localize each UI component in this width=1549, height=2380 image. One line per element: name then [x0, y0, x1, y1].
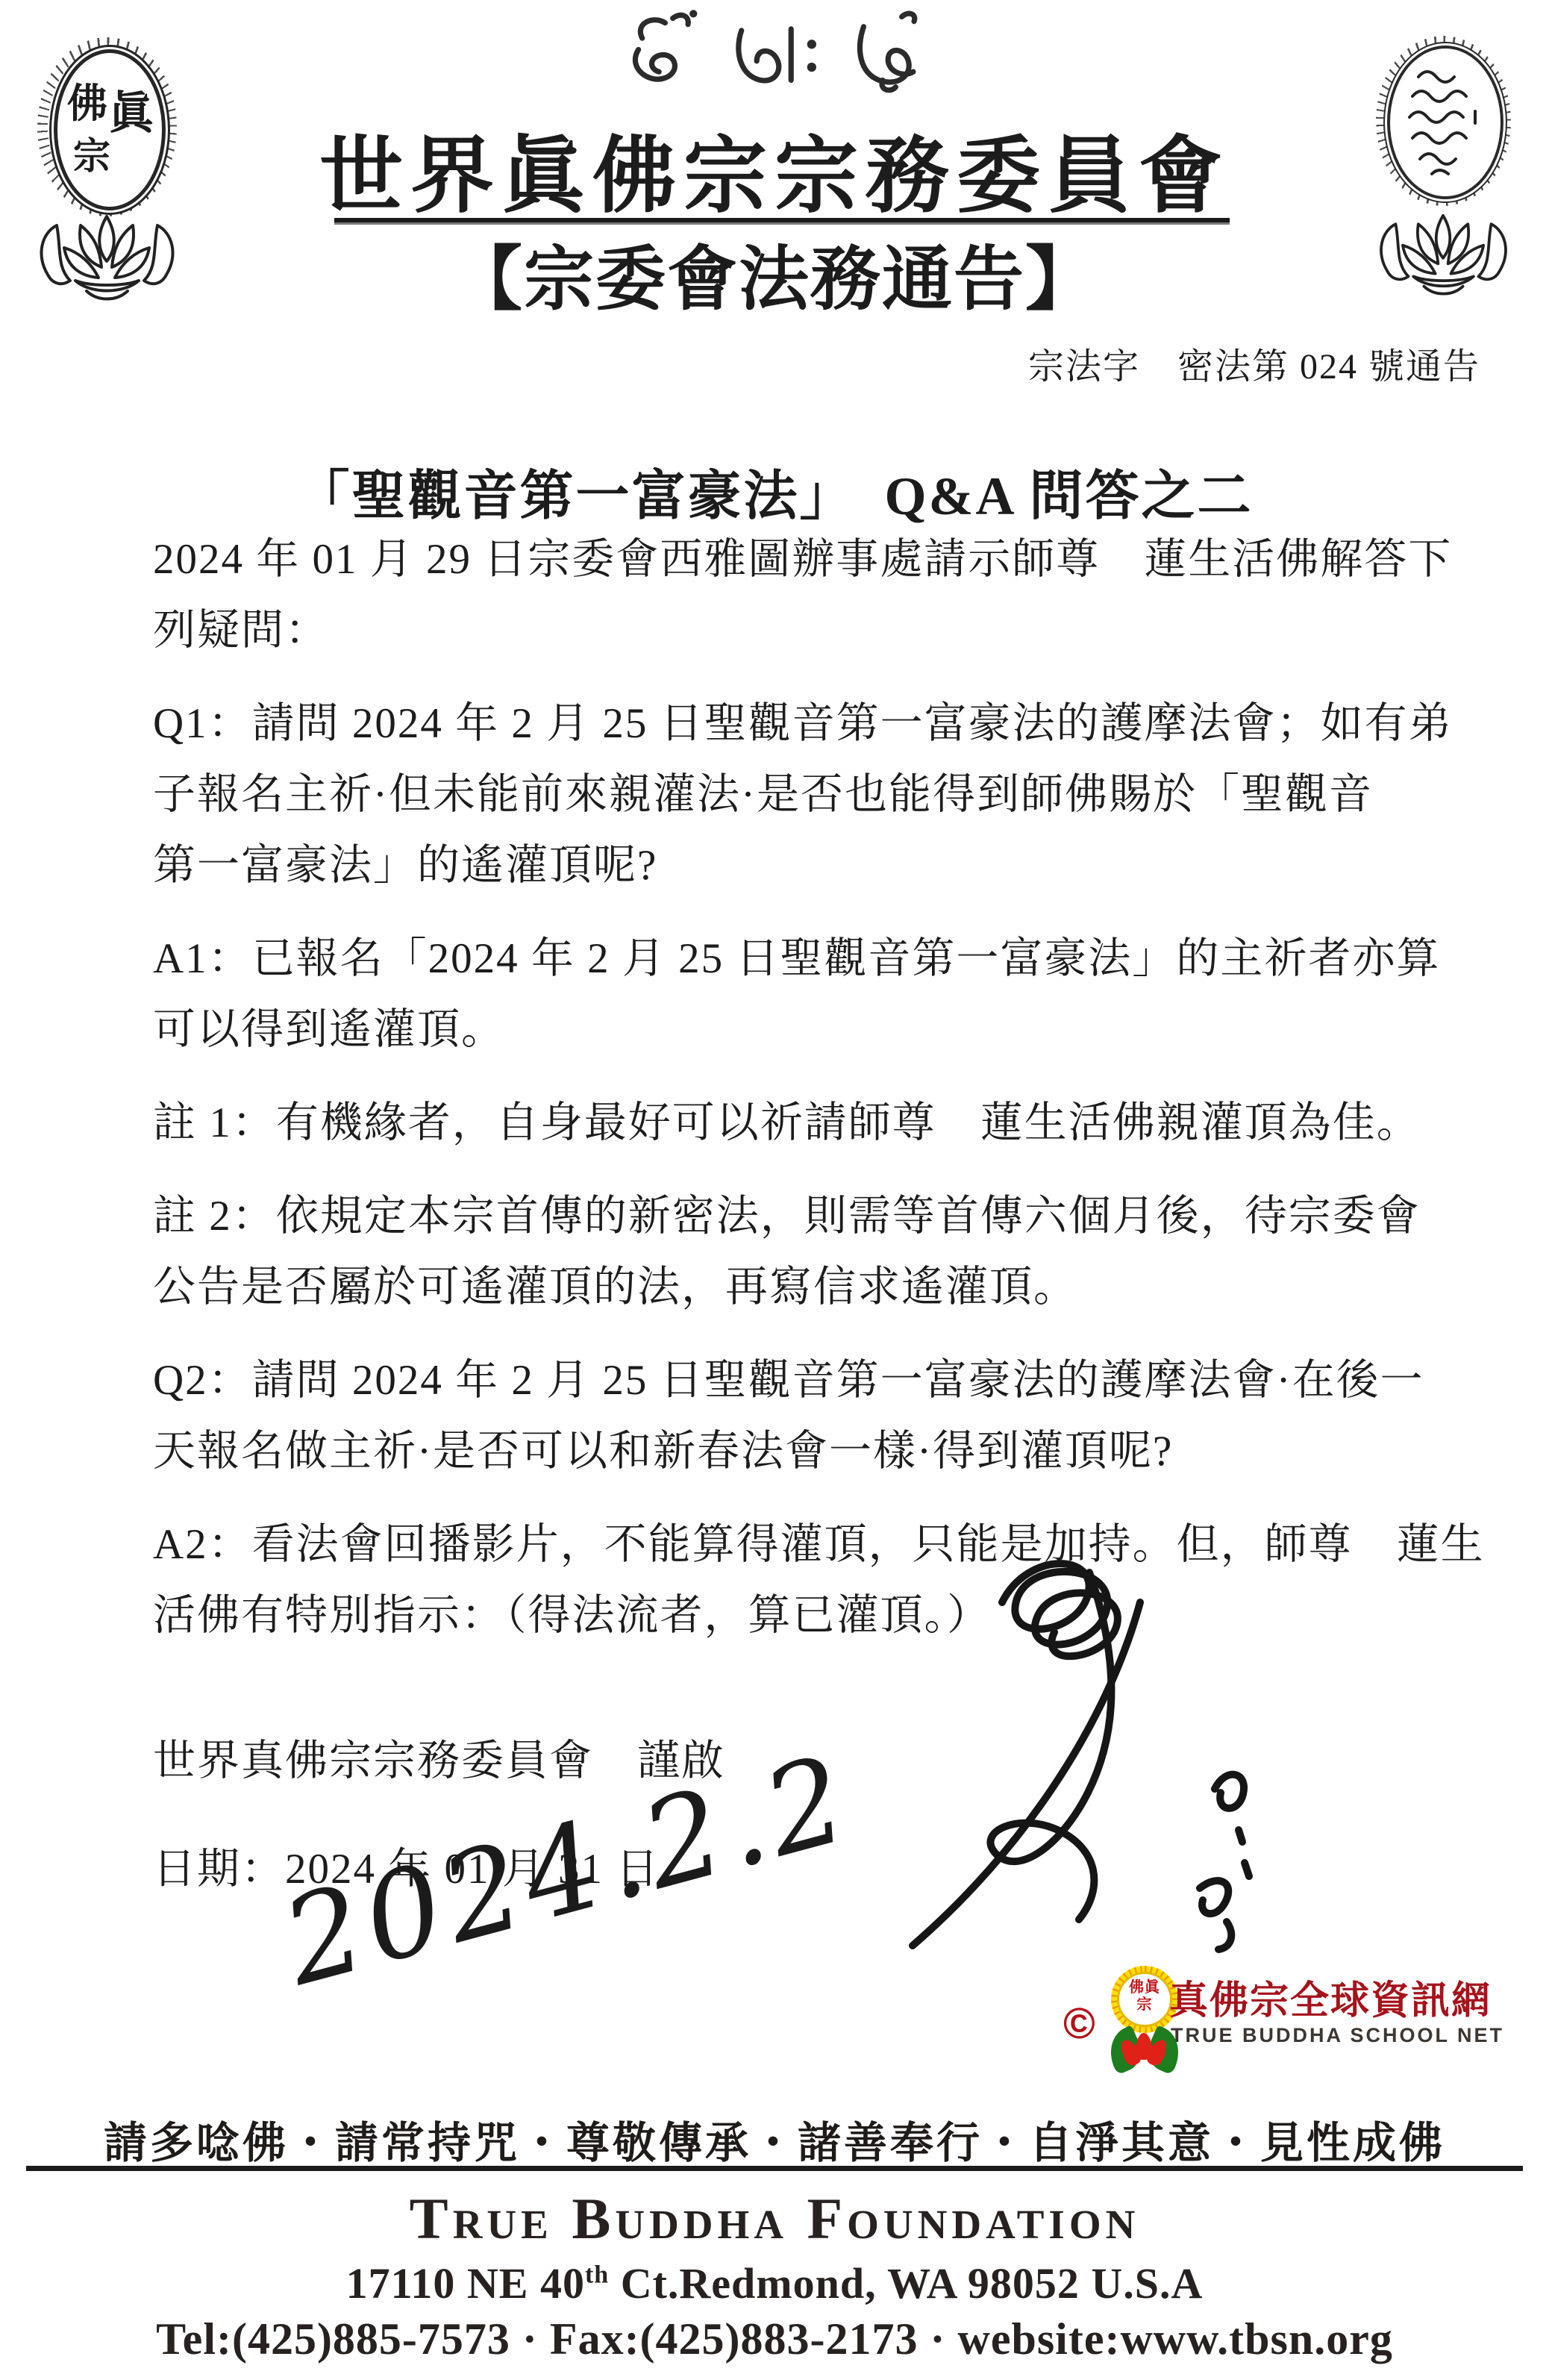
- tibetan-seed-syllables-icon: [619, 7, 948, 93]
- buddhist-motto: 請多唸佛・請常持咒・尊敬傳承・諸善奉行・自淨其意・見性成佛: [63, 2108, 1486, 2170]
- tbsn-chinese-name: 真佛宗全球資訊網: [1169, 1969, 1492, 2025]
- notice-document: 佛 眞 宗: [0, 0, 1549, 2380]
- document-title: 「聖觀音第一富豪法」 Q&A 問答之二: [0, 452, 1549, 530]
- notice-number: 宗法字 密法第 024 號通告: [1028, 337, 1480, 389]
- emblem-characters: 佛眞宗: [1126, 1979, 1163, 2014]
- handwritten-date: 2024.2.2: [246, 1784, 992, 2045]
- lotus-petal-icon: [1136, 2033, 1152, 2060]
- organization-title: 世界眞佛宗宗務委員會: [0, 109, 1549, 229]
- address-post: Ct.Redmond, WA 98052 U.S.A: [609, 2259, 1203, 2308]
- paragraph-intro: 2024 年 01 月 29 日宗委會西雅圖辦事處請示師尊 蓮生活佛解答下 列疑…: [153, 524, 1507, 666]
- foundation-name: True Buddha Foundation: [0, 2185, 1549, 2252]
- address-ordinal: th: [585, 2261, 609, 2289]
- notice-type-banner: 【宗委會法務通告】: [0, 222, 1549, 323]
- contact-line: Tel:(425)885-7573 · Fax:(425)883-2173 · …: [0, 2314, 1549, 2365]
- paragraph-q2: Q2：請問 2024 年 2 月 25 日聖觀音第一富豪法的護摩法會·在後一 天…: [153, 1345, 1507, 1487]
- copyright-icon: ©: [1063, 1999, 1095, 2049]
- foundation-address: 17110 NE 40th Ct.Redmond, WA 98052 U.S.A: [0, 2258, 1549, 2308]
- tbsn-english-name: TRUE BUDDHA SCHOOL NET: [1171, 2024, 1504, 2047]
- paragraph-q1: Q1：請問 2024 年 2 月 25 日聖觀音第一富豪法的護摩法會；如有弟 子…: [153, 688, 1507, 901]
- paragraph-note2: 註 2：依規定本宗首傳的新密法，則需等首傳六個月後，待宗委會 公告是否屬於可遙灌…: [153, 1181, 1507, 1322]
- address-pre: 17110 NE 40: [346, 2259, 585, 2308]
- tbsn-logo: © 佛眞宗 真佛宗全球資訊網 TRUE BUDDHA SCHOOL NET: [1063, 1961, 1518, 2084]
- paragraph-note1: 註 1：有機緣者，自身最好可以祈請師尊 蓮生活佛親灌頂為佳。: [153, 1087, 1507, 1158]
- footer-divider: [26, 2166, 1523, 2171]
- paragraph-a1: A1：已報名「2024 年 2 月 25 日聖觀音第一富豪法」的主祈者亦算 可以…: [153, 923, 1507, 1065]
